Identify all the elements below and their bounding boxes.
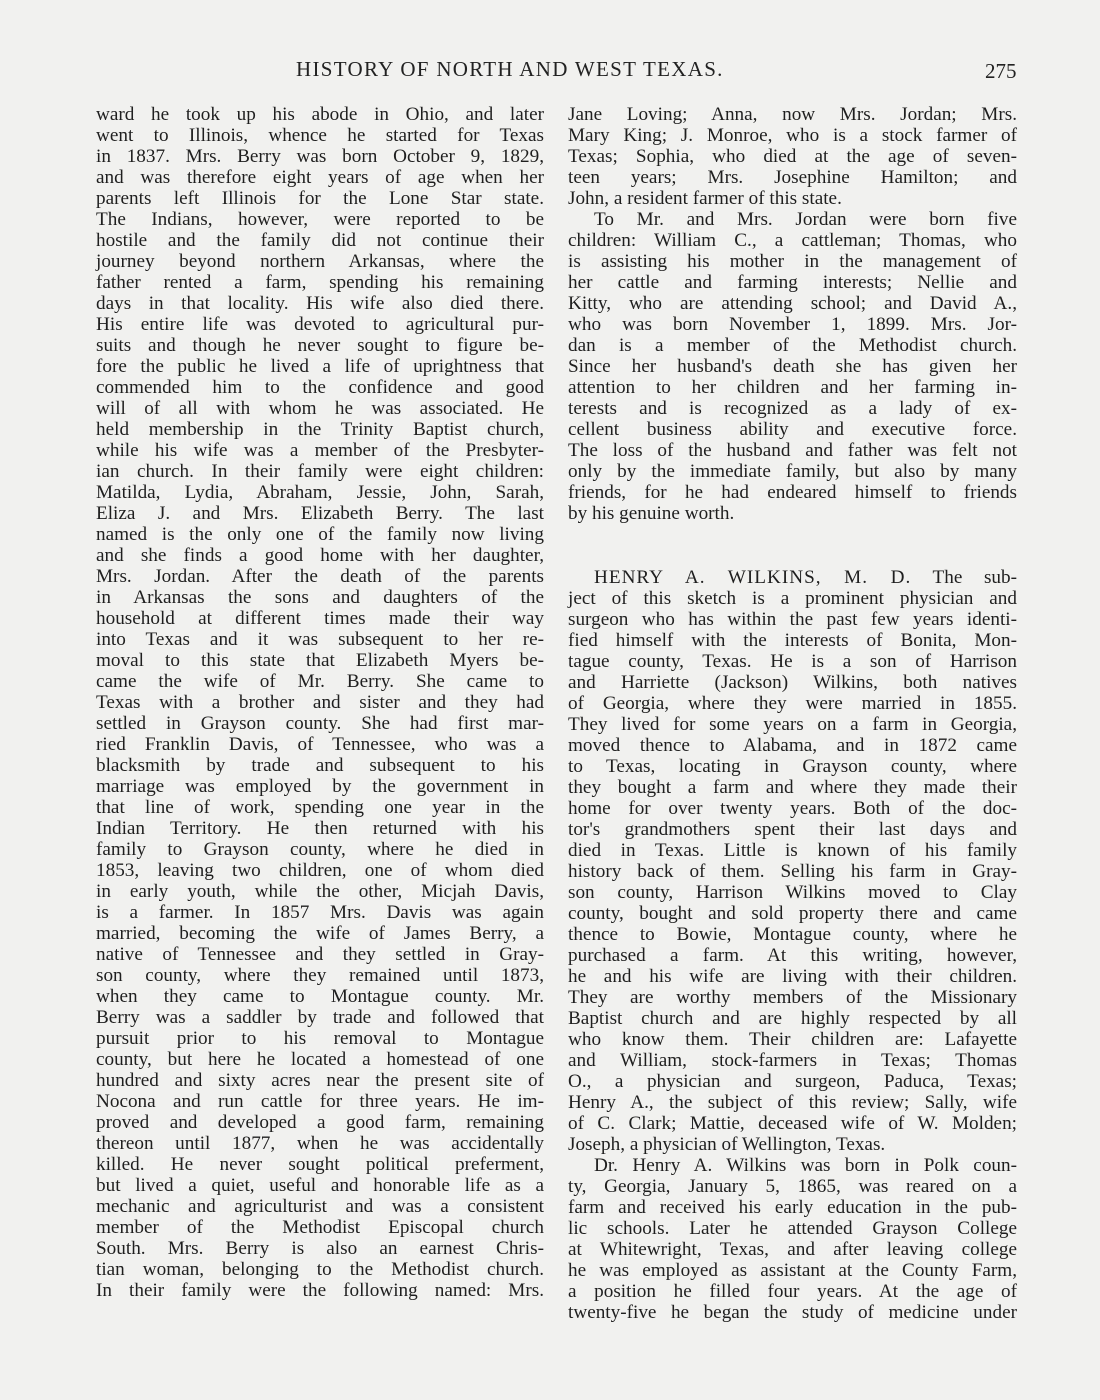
text-line: when they came to Montague county. Mr. [96, 986, 544, 1007]
text-line: hostile and the family did not continue … [96, 230, 544, 251]
text-line: marriage was employed by the government … [96, 776, 544, 797]
text-line: and was therefore eight years of age whe… [96, 167, 544, 188]
text-line: came the wife of Mr. Berry. She came to [96, 671, 544, 692]
text-line: ty, Georgia, January 5, 1865, was reared… [568, 1176, 1017, 1197]
text-line: family to Grayson county, where he died … [96, 839, 544, 860]
text-line: household at different times made their … [96, 608, 544, 629]
text-line: Joseph, a physician of Wellington, Texas… [568, 1134, 1017, 1155]
text-line: His entire life was devoted to agricultu… [96, 314, 544, 335]
text-line: thence to Bowie, Montague county, where … [568, 924, 1017, 945]
text-line: Berry was a saddler by trade and followe… [96, 1007, 544, 1028]
text-line: to Texas, locating in Grayson county, wh… [568, 756, 1017, 777]
text-line: county, bought and sold property there a… [568, 903, 1017, 924]
text-line: terests and is recognized as a lady of e… [568, 398, 1017, 419]
page-header: HISTORY OF NORTH AND WEST TEXAS. 275 [0, 57, 1100, 87]
text-line: The loss of the husband and father was f… [568, 440, 1017, 461]
text-line: and she finds a good home with her daugh… [96, 545, 544, 566]
text-line: died in Texas. Little is known of his fa… [568, 840, 1017, 861]
text-line: To Mr. and Mrs. Jordan were born five [568, 209, 1017, 230]
text-line: moved thence to Alabama, and in 1872 cam… [568, 735, 1017, 756]
text-line: suits and though he never sought to figu… [96, 335, 544, 356]
text-line: married, becoming the wife of James Berr… [96, 923, 544, 944]
running-title: HISTORY OF NORTH AND WEST TEXAS. [296, 57, 724, 82]
text-line: In their family were the following named… [96, 1280, 544, 1301]
text-line: history back of them. Selling his farm i… [568, 861, 1017, 882]
text-line: They are worthy members of the Missionar… [568, 987, 1017, 1008]
text-line: of Georgia, where they were married in 1… [568, 693, 1017, 714]
text-line: in 1837. Mrs. Berry was born October 9, … [96, 146, 544, 167]
paragraph-wilkins-early-life: Dr. Henry A. Wilkins was born in Polk co… [568, 1155, 1017, 1323]
text-line: attention to her children and her farmin… [568, 377, 1017, 398]
text-fragment: The sub- [933, 567, 1017, 588]
text-line: children: William C., a cattleman; Thoma… [568, 230, 1017, 251]
text-line: only by the immediate family, but also b… [568, 461, 1017, 482]
right-column: Jane Loving; Anna, now Mrs. Jordan; Mrs.… [568, 104, 1017, 1323]
wilkins-heading: HENRY A. WILKINS, M. D. [594, 567, 911, 588]
text-line: The Indians, however, were reported to b… [96, 209, 544, 230]
text-line: father rented a farm, spending his remai… [96, 272, 544, 293]
text-line: who was born November 1, 1899. Mrs. Jor- [568, 314, 1017, 335]
text-line: mechanic and agriculturist and was a con… [96, 1196, 544, 1217]
text-line: is a farmer. In 1857 Mrs. Davis was agai… [96, 902, 544, 923]
text-line: tague county, Texas. He is a son of Harr… [568, 651, 1017, 672]
text-line: held membership in the Trinity Baptist c… [96, 419, 544, 440]
text-line: and Harriette (Jackson) Wilkins, both na… [568, 672, 1017, 693]
text-line: commended him to the confidence and good [96, 377, 544, 398]
text-line: 1853, leaving two children, one of whom … [96, 860, 544, 881]
text-line: Texas; Sophia, who died at the age of se… [568, 146, 1017, 167]
text-line: native of Tennessee and they settled in … [96, 944, 544, 965]
text-line: who know them. Their children are: Lafay… [568, 1029, 1017, 1050]
text-line: surgeon who has within the past few year… [568, 609, 1017, 630]
text-line: that line of work, spending one year in … [96, 797, 544, 818]
text-line: friends, for he had endeared himself to … [568, 482, 1017, 503]
text-line: while his wife was a member of the Presb… [96, 440, 544, 461]
text-line: her cattle and farming interests; Nellie… [568, 272, 1017, 293]
text-line: lic schools. Later he attended Grayson C… [568, 1218, 1017, 1239]
text-line: by his genuine worth. [568, 503, 1017, 524]
text-line: thereon until 1877, when he was accident… [96, 1133, 544, 1154]
text-line: member of the Methodist Episcopal church [96, 1217, 544, 1238]
text-line: farm and received his early education in… [568, 1197, 1017, 1218]
text-line: purchased a farm. At this writing, howev… [568, 945, 1017, 966]
text-line: Matilda, Lydia, Abraham, Jessie, John, S… [96, 482, 544, 503]
text-line: Indian Territory. He then returned with … [96, 818, 544, 839]
text-line: HENRY A. WILKINS, M. D. The sub- [568, 567, 1017, 588]
text-line: Eliza J. and Mrs. Elizabeth Berry. The l… [96, 503, 544, 524]
text-line: they bought a farm and where they made t… [568, 777, 1017, 798]
text-line: tian woman, belonging to the Methodist c… [96, 1259, 544, 1280]
text-line: he and his wife are living with their ch… [568, 966, 1017, 987]
text-line: is assisting his mother in the managemen… [568, 251, 1017, 272]
text-line: county, but here he located a homestead … [96, 1049, 544, 1070]
text-line: of C. Clark; Mattie, deceased wife of W.… [568, 1113, 1017, 1134]
text-line: killed. He never sought political prefer… [96, 1154, 544, 1175]
paragraph-berry-family-continued: Jane Loving; Anna, now Mrs. Jordan; Mrs.… [568, 104, 1017, 209]
text-line: home for over twenty years. Both of the … [568, 798, 1017, 819]
text-line: Jane Loving; Anna, now Mrs. Jordan; Mrs. [568, 104, 1017, 125]
text-line: and William, stock-farmers in Texas; Tho… [568, 1050, 1017, 1071]
text-line: named is the only one of the family now … [96, 524, 544, 545]
text-line: ward he took up his abode in Ohio, and l… [96, 104, 544, 125]
text-line: O., a physician and surgeon, Paduca, Tex… [568, 1071, 1017, 1092]
text-line: hundred and sixty acres near the present… [96, 1070, 544, 1091]
text-line: Baptist church and are highly respected … [568, 1008, 1017, 1029]
text-line: They lived for some years on a farm in G… [568, 714, 1017, 735]
text-line: Henry A., the subject of this review; Sa… [568, 1092, 1017, 1113]
text-line: days in that locality. His wife also die… [96, 293, 544, 314]
text-line: John, a resident farmer of this state. [568, 188, 1017, 209]
text-line: will of all with whom he was associated.… [96, 398, 544, 419]
text-line: South. Mrs. Berry is also an earnest Chr… [96, 1238, 544, 1259]
text-line: Texas with a brother and sister and they… [96, 692, 544, 713]
text-line: settled in Grayson county. She had first… [96, 713, 544, 734]
text-line: son county, where they remained until 18… [96, 965, 544, 986]
page-number: 275 [985, 59, 1017, 84]
text-line: Kitty, who are attending school; and Dav… [568, 293, 1017, 314]
text-line: tor's grandmothers spent their last days… [568, 819, 1017, 840]
text-line: moval to this state that Elizabeth Myers… [96, 650, 544, 671]
text-line: dan is a member of the Methodist church. [568, 335, 1017, 356]
paragraph-wilkins-intro: HENRY A. WILKINS, M. D. The sub- ject of… [568, 567, 1017, 1155]
text-line: into Texas and it was subsequent to her … [96, 629, 544, 650]
text-line: in Arkansas the sons and daughters of th… [96, 587, 544, 608]
text-line: but lived a quiet, useful and honorable … [96, 1175, 544, 1196]
text-line: parents left Illinois for the Lone Star … [96, 188, 544, 209]
text-line: in early youth, while the other, Micjah … [96, 881, 544, 902]
text-line: ian church. In their family were eight c… [96, 461, 544, 482]
text-line: cellent business ability and executive f… [568, 419, 1017, 440]
text-line: twenty-five he began the study of medici… [568, 1302, 1017, 1323]
text-line: pursuit prior to his removal to Montague [96, 1028, 544, 1049]
text-line: son county, Harrison Wilkins moved to Cl… [568, 882, 1017, 903]
text-line: fore the public he lived a life of uprig… [96, 356, 544, 377]
paragraph-jordan-children: To Mr. and Mrs. Jordan were born fivechi… [568, 209, 1017, 524]
text-line: journey beyond northern Arkansas, where … [96, 251, 544, 272]
text-line: ried Franklin Davis, of Tennessee, who w… [96, 734, 544, 755]
text-line: Dr. Henry A. Wilkins was born in Polk co… [568, 1155, 1017, 1176]
section-gap [568, 524, 1017, 567]
left-column: ward he took up his abode in Ohio, and l… [96, 104, 544, 1301]
text-line: teen years; Mrs. Josephine Hamilton; and [568, 167, 1017, 188]
text-line: went to Illinois, whence he started for … [96, 125, 544, 146]
text-line: a position he filled four years. At the … [568, 1281, 1017, 1302]
text-line: Nocona and run cattle for three years. H… [96, 1091, 544, 1112]
text-line: proved and developed a good farm, remain… [96, 1112, 544, 1133]
text-line: blacksmith by trade and subsequent to hi… [96, 755, 544, 776]
text-line: Mary King; J. Monroe, who is a stock far… [568, 125, 1017, 146]
text-line: ject of this sketch is a prominent physi… [568, 588, 1017, 609]
text-line: Since her husband's death she has given … [568, 356, 1017, 377]
text-line: Mrs. Jordan. After the death of the pare… [96, 566, 544, 587]
text-line: he was employed as assistant at the Coun… [568, 1260, 1017, 1281]
text-line: fied himself with the interests of Bonit… [568, 630, 1017, 651]
text-line: at Whitewright, Texas, and after leaving… [568, 1239, 1017, 1260]
